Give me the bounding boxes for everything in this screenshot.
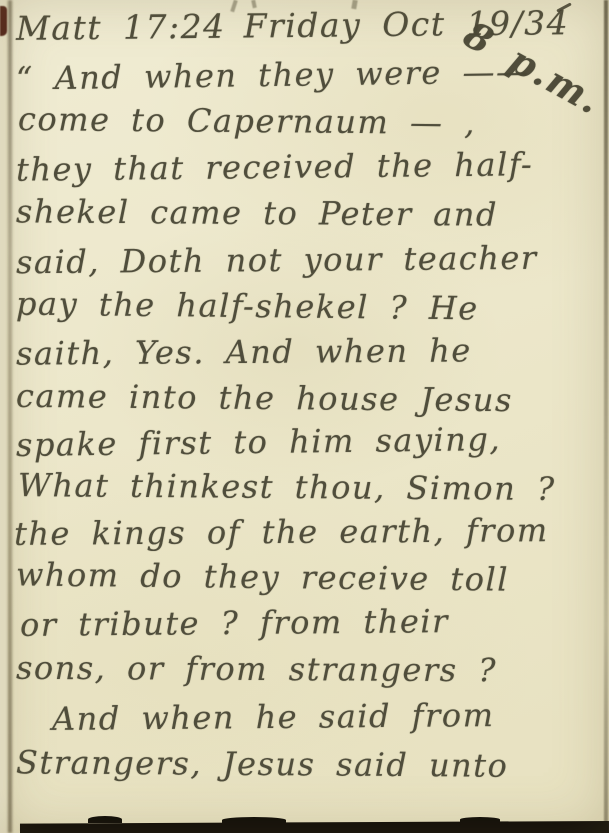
handwritten-line: or tribute ? from their bbox=[20, 602, 449, 644]
page-left-margin bbox=[0, 0, 8, 833]
scripture-reference: Matt 17:24 bbox=[16, 7, 226, 48]
page-right-edge-shadow bbox=[604, 0, 608, 833]
handwritten-line: spake first to him saying, bbox=[16, 420, 501, 464]
handwritten-line: the kings of the earth, from bbox=[14, 511, 549, 553]
page-bottom-edge bbox=[88, 816, 122, 823]
page-bottom-edge bbox=[222, 817, 286, 823]
handwritten-line: “ And when they were —— bbox=[16, 52, 530, 97]
page-bottom-edge bbox=[460, 817, 500, 822]
handwritten-line: sons, or from strangers ? bbox=[16, 649, 497, 690]
handwritten-line: And when he said from bbox=[52, 696, 495, 738]
handwritten-line: Strangers, Jesus said unto bbox=[16, 743, 509, 784]
handwritten-line: said, Doth not your teacher bbox=[16, 239, 538, 282]
handwritten-line: pay the half-shekel ? He bbox=[16, 285, 479, 328]
handwritten-line: What thinkest thou, Simon ? bbox=[18, 466, 556, 508]
handwritten-line: they that received the half- bbox=[16, 145, 534, 188]
manuscript-page: Matt 17:24Friday Oct 19/34 8 p.m. “ And … bbox=[0, 0, 609, 833]
handwritten-line: whom do they receive toll bbox=[16, 555, 509, 598]
corner-binding-mark bbox=[0, 6, 7, 36]
page-gutter-shadow bbox=[8, 0, 12, 833]
handwritten-line: shekel came to Peter and bbox=[16, 192, 498, 233]
handwritten-line: come to Capernaum — , bbox=[18, 100, 476, 142]
handwritten-line: came into the house Jesus bbox=[16, 377, 513, 419]
handwritten-line: saith, Yes. And when he bbox=[16, 331, 472, 372]
